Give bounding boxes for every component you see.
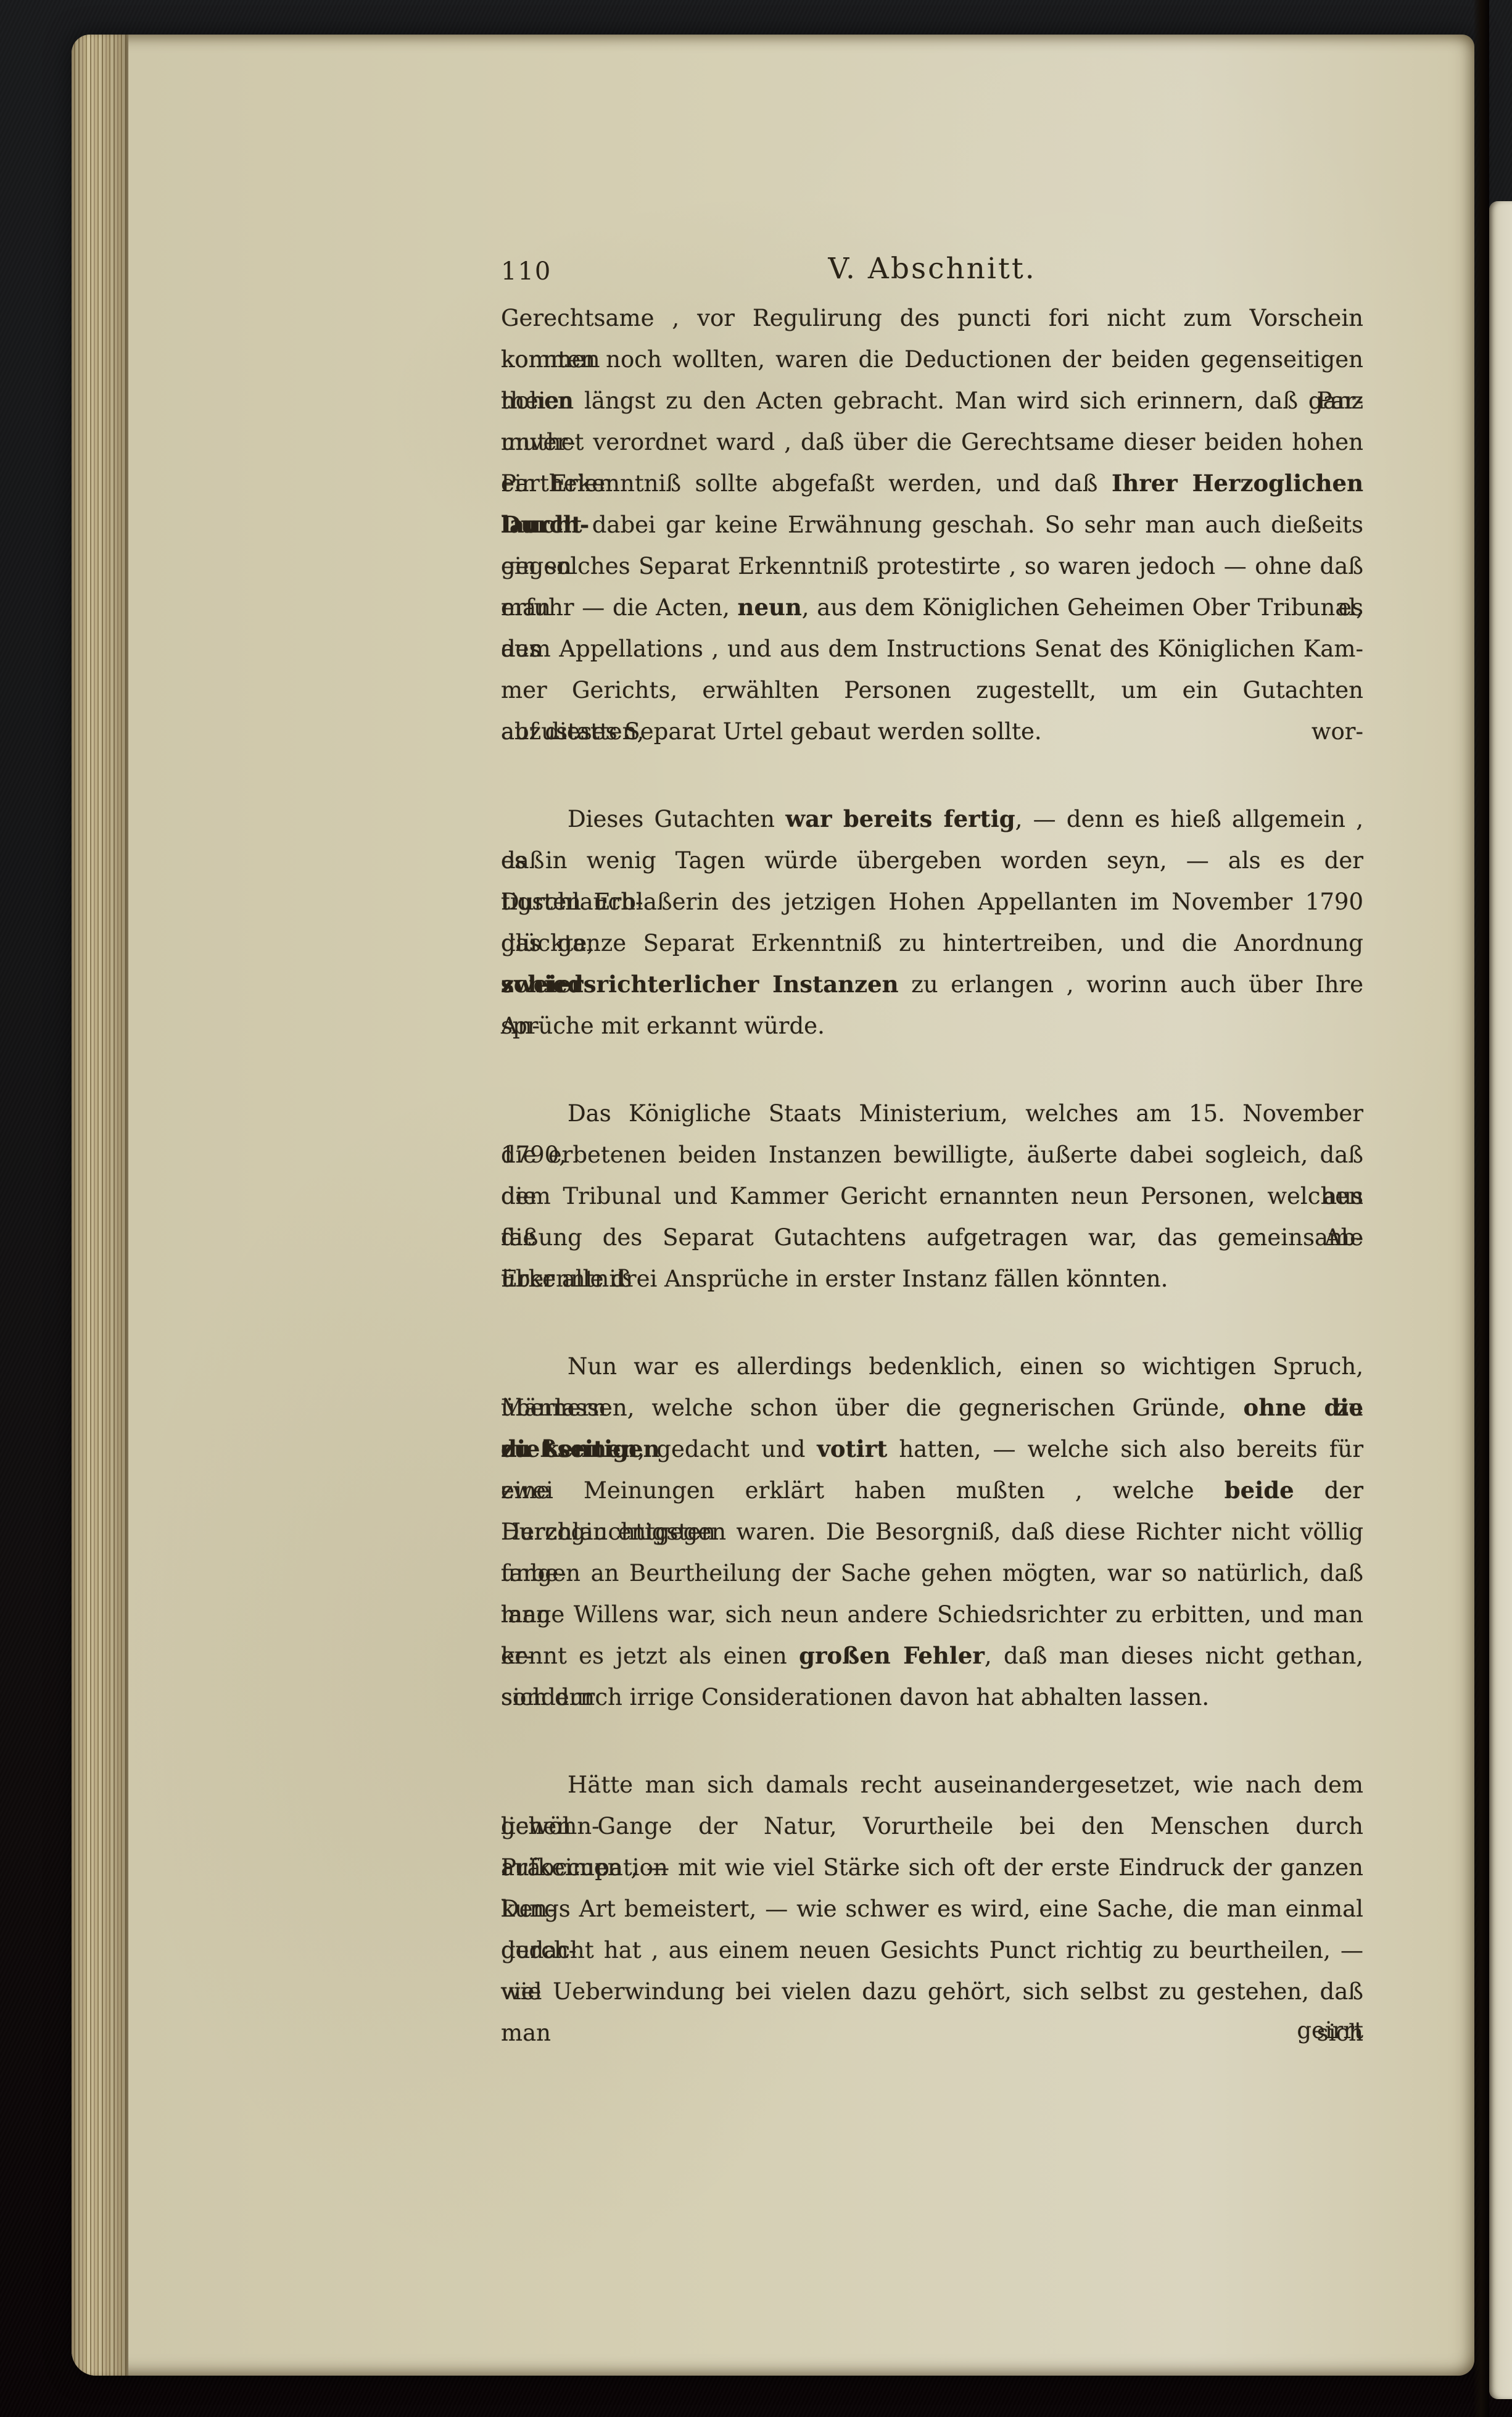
emphasized-text: war bereits fertig xyxy=(785,805,1015,832)
binding-gutter xyxy=(1474,0,1489,2417)
text-line: Herzogin entgegen waren. Die Besorgniß, … xyxy=(501,1511,1363,1553)
text-line: Hätte man sich damals recht auseinanderg… xyxy=(501,1764,1363,1805)
paragraph: Dieses Gutachten war bereits fertig, — d… xyxy=(501,798,1363,1047)
text-segment: das ganze Separat Erkenntniß zu hintertr… xyxy=(501,930,1363,956)
text-line: faßung des Separat Gutachtens aufgetrage… xyxy=(501,1217,1363,1258)
text-line: dem Appellations , und aus dem Instructi… xyxy=(501,628,1363,670)
emphasized-text: votirt xyxy=(817,1435,887,1462)
emphasized-text: laucht xyxy=(501,511,582,538)
text-line: Nun war es allerdings bedenklich, einen … xyxy=(501,1346,1363,1387)
text-line: gedacht hat , aus einem neuen Gesichts P… xyxy=(501,1930,1363,1971)
paragraph: Hätte man sich damals recht auseinanderg… xyxy=(501,1764,1363,2012)
text-line: fangen an Beurtheilung der Sache gehen m… xyxy=(501,1553,1363,1594)
text-segment: Dieses Gutachten xyxy=(568,806,785,832)
text-line: laucht dabei gar keine Erwähnung geschah… xyxy=(501,504,1363,545)
text-line: dem Tribunal und Kammer Gericht ernannte… xyxy=(501,1175,1363,1217)
text-line: sprüche mit erkannt würde. xyxy=(501,1005,1363,1047)
text-segment: über alle drei Ansprüche in erster Insta… xyxy=(501,1266,1168,1292)
text-segment: erfuhr — die Acten, xyxy=(501,594,738,621)
text-line: lichen Gange der Natur, Vorurtheile bei … xyxy=(501,1805,1363,1847)
text-line: ein Erkenntniß sollte abgefaßt werden, u… xyxy=(501,463,1363,504)
paragraph: Nun war es allerdings bedenklich, einen … xyxy=(501,1346,1363,1718)
text-line: tigsten Erblaßerin des jetzigen Hohen Ap… xyxy=(501,881,1363,922)
next-page-edge xyxy=(1489,201,1512,2399)
text-line: Dieses Gutachten war bereits fertig, — d… xyxy=(501,798,1363,840)
text-line: viel Ueberwindung bei vielen dazu gehört… xyxy=(501,1971,1363,2012)
text-line: theien längst zu den Acten gebracht. Man… xyxy=(501,380,1363,421)
paragraph: Das Königliche Staats Ministerium, welch… xyxy=(501,1093,1363,1300)
emphasized-text: beide xyxy=(1225,1477,1294,1504)
emphasized-text: schiedsrichterlicher Instanzen xyxy=(501,971,899,998)
emphasized-text: großen Fehler xyxy=(799,1642,985,1669)
text-segment: dem Appellations , und aus dem Instructi… xyxy=(501,636,1363,662)
text-line: kennt es jetzt als einen großen Fehler, … xyxy=(501,1635,1363,1677)
text-line: aufkeimen , — mit wie viel Stärke sich o… xyxy=(501,1847,1363,1888)
text-line: das ganze Separat Erkenntniß zu hintertr… xyxy=(501,922,1363,964)
text-line: lange Willens war, sich neun andere Schi… xyxy=(501,1594,1363,1635)
text-line: mer Gerichts, erwählten Personen zugeste… xyxy=(501,670,1363,711)
text-segment: sich durch irrige Considerationen davon … xyxy=(501,1684,1209,1710)
book-photo: 110 V. Abschnitt. Gerechtsame , vor Regu… xyxy=(0,0,1512,2417)
section-title: V. Abschnitt. xyxy=(501,252,1363,286)
text-line: erfuhr — die Acten, neun, aus dem Königl… xyxy=(501,587,1363,628)
text-line: kungs Art bemeistert, — wie schwer es wi… xyxy=(501,1888,1363,1930)
body-text: Gerechtsame , vor Regulirung des puncti … xyxy=(501,297,1363,2012)
text-line: zu kennen, gedacht und votirt hatten, — … xyxy=(501,1428,1363,1470)
text-line: über alle drei Ansprüche in erster Insta… xyxy=(501,1258,1363,1300)
text-line: Das Königliche Staats Ministerium, welch… xyxy=(501,1093,1363,1134)
text-segment: kennt es jetzt als einen xyxy=(501,1643,799,1669)
page-edges-stack xyxy=(72,35,128,2376)
catchword: geirrt xyxy=(501,2015,1363,2046)
text-line: sich durch irrige Considerationen davon … xyxy=(501,1677,1363,1718)
paragraph: Gerechtsame , vor Regulirung des puncti … xyxy=(501,297,1363,752)
text-line: muthet verordnet ward , daß über die Ger… xyxy=(501,421,1363,463)
text-line: ein solches Separat Erkenntniß protestir… xyxy=(501,545,1363,587)
text-line: es in wenig Tagen würde übergeben worden… xyxy=(501,840,1363,881)
text-line: die erbetenen beiden Instanzen bewilligt… xyxy=(501,1134,1363,1175)
text-segment: ein Erkenntniß sollte abgefaßt werden, u… xyxy=(501,470,1112,497)
text-segment: zwei Meinungen erklärt haben mußten , we… xyxy=(501,1477,1225,1504)
text-line: konnten noch wollten, waren die Deductio… xyxy=(501,339,1363,380)
running-head: 110 V. Abschnitt. xyxy=(501,252,1363,286)
text-segment: überlassen, welche schon über die gegner… xyxy=(501,1395,1244,1421)
text-line: schiedsrichterlicher Instanzen zu erlang… xyxy=(501,964,1363,1005)
text-segment: , gedacht und xyxy=(637,1436,817,1462)
text-segment: auf dieses Separat Urtel gebaut werden s… xyxy=(501,718,1042,745)
text-line: überlassen, welche schon über die gegner… xyxy=(501,1387,1363,1428)
emphasized-text: zu kennen xyxy=(501,1435,637,1462)
emphasized-text: neun xyxy=(738,594,802,621)
text-line: Gerechtsame , vor Regulirung des puncti … xyxy=(501,297,1363,339)
text-line: zwei Meinungen erklärt haben mußten , we… xyxy=(501,1470,1363,1511)
text-segment: sprüche mit erkannt würde. xyxy=(501,1013,825,1039)
